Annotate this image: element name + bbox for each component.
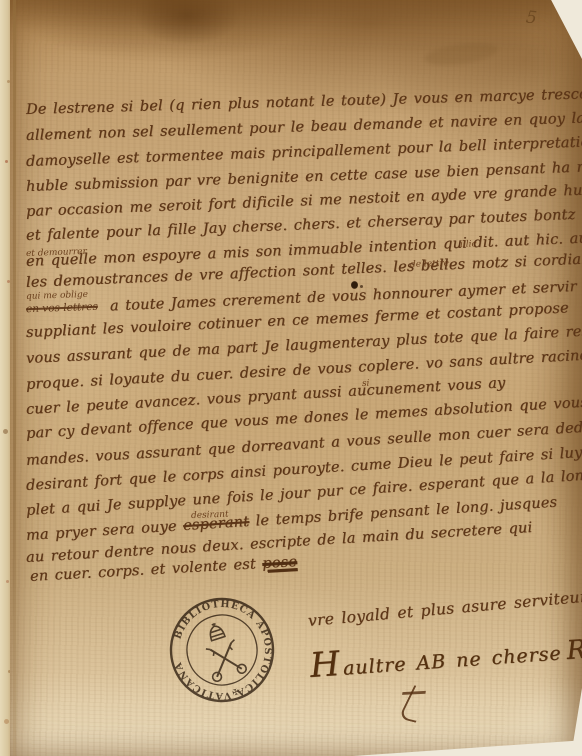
interline-insertion: illic xyxy=(460,239,477,250)
interline-insertion: si xyxy=(362,379,370,389)
manuscript-page: 5 De lestrene si bel (q rien plus notant… xyxy=(10,0,582,756)
interline-insertion: desirant xyxy=(191,510,229,521)
papal-tiara-icon xyxy=(207,621,225,641)
struck-word: pose xyxy=(262,554,298,572)
signature-final: R xyxy=(565,635,582,666)
stamp-legend-text: BIBLIOTHECA APOSTOLICA VATICANA xyxy=(160,588,284,712)
foxing-speckles xyxy=(5,160,8,163)
signature-initial: H xyxy=(309,644,339,686)
page-crease xyxy=(13,0,16,756)
vatican-library-stamp: BIBLIOTHECA APOSTOLICA VATICANA ✠ xyxy=(160,588,284,712)
struck-phrase: en vos lettres xyxy=(26,301,98,316)
manuscript-scan: 5 De lestrene si bel (q rien plus notant… xyxy=(0,0,582,756)
crossed-keys-icon xyxy=(204,639,248,682)
interline-insertion: et demourrer xyxy=(26,247,87,259)
svg-text:BIBLIOTHECA APOSTOLICA VATICAN: BIBLIOTHECA APOSTOLICA VATICANA xyxy=(160,588,284,712)
interline-insertion: de lettre xyxy=(410,259,449,270)
